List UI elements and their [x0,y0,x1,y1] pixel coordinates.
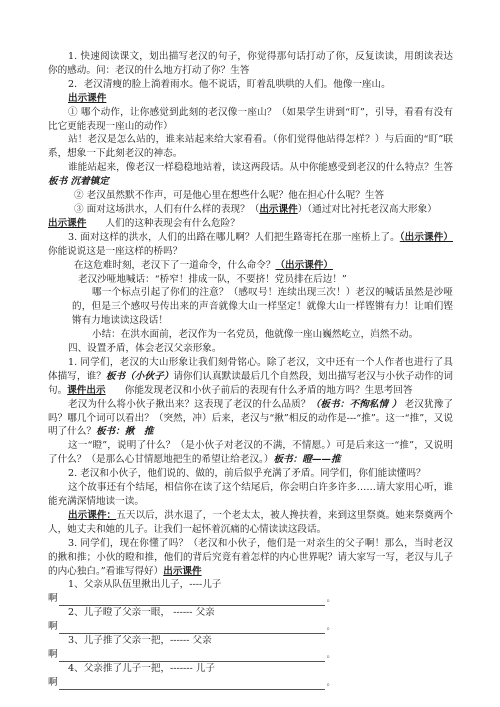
answer-line[interactable]: 啊。 [48,676,453,690]
period: 。 [327,648,335,662]
blackboard-note-impartial: （板书：不徇私情 ） [311,399,402,410]
text: 谁能站起来，像老汉一样稳稳地站着，读这两段话。从中你能感受到老汉的什么特点？生答 [68,162,453,173]
paragraph-step-2: 2．老汉清瘦的脸上淌着雨水。他不说话，盯着乱哄哄的人们。他像一座山。 [48,78,453,92]
courseware-label: 出示课件： [68,510,116,521]
answer-blank[interactable] [59,650,325,662]
courseware-label: 出示课件 [163,566,201,577]
paragraph-glare: 这一“瞪”，说明了什么？（是小伙子对老汉的不满，不情愿。）可是后来这一“推”，又… [48,439,453,467]
courseware-heading: 出示课件 [48,92,453,106]
paragraph-stand: 站！老汉是怎么站的，谁来站起来给大家看看。（你们觉得他站得怎样？）与后面的“盯”… [48,133,453,161]
blackboard-note-pull-push: 板书：揪 推 [96,426,154,437]
paragraph-exclamation: 哪一个标点引起了你们的注意？（感叹号！连续出现三次！）老汉的喊话虽然是沙哑的，但… [48,286,453,328]
text: 这一“瞪”，说明了什么？（是小伙子对老汉的不满，不情愿。）可是后来这一“推”，又… [48,440,453,465]
paragraph-command: 在这危难时刻，老汉下了一道命令，什么命令？（出示课件） [48,259,453,273]
lead-char: 啊 [48,648,58,662]
paragraph-step-1: 1. 快速阅读课文，划出描写老汉的句子，你觉得那句话打动了你，反复读读，用朗读表… [48,50,453,78]
question-3: ③ 面对这场洪水，人们有什么样的表现？（出示课件）（通过对比衬托老汉高大形象） [48,203,453,217]
lead-char: 啊 [48,676,58,690]
courseware-label: 出示课件 [48,218,86,229]
exercise-4: 4、父亲推了儿子一把，------- 儿子 啊。 [48,662,453,690]
paragraph-read-aloud: 谁能站起来，像老汉一样稳稳地站着，读这两段话。从中你能感受到老汉的什么特点？生答… [48,161,453,189]
blackboard-note-calm: 板书 沉着镇定 [48,176,109,187]
courseware-label: （出示课件） [400,232,453,243]
exercise-prompt: 2、儿子瞪了父亲一眼， ------ 父亲 [48,606,453,620]
paragraph-4-3: 3. 同学们，现在你懂了吗？（老汉和小伙子，他们是一对亲生的父子啊！那么，当时老… [48,537,453,579]
paragraph-4-2: 2. 老汉和小伙子，他们说的、做的，前后似乎充满了矛盾。同学们，你们能读懂吗？ [48,467,453,481]
courseware-label: 课件出示 [67,385,105,396]
text: ③ 面对这场洪水，人们有什么样的表现？（ [74,204,259,215]
exercise-2: 2、儿子瞪了父亲一眼， ------ 父亲 啊。 [48,606,453,634]
text: 3. 同学们，现在你懂了吗？（老汉和小伙子，他们是一对亲生的父子啊！那么，当时老… [48,538,453,577]
question-2: ② 老汉虽然默不作声，可是他心里在想些什么呢？他在担心什么呢？生答 [48,189,453,203]
paragraph-summary: 小结：在洪水面前，老汉作为一名党员，他就像一座山巍然屹立，岿然不动。 [48,328,453,342]
paragraph-shout: 老汉沙哑地喊话：“桥窄！排成一队，不要挤！党员排在后边！” [48,273,453,287]
question-1: ① 哪个动作，让你感觉到此刻的老汉像一座山？（如果学生讲到“盯”，引导，看看有没… [48,106,453,134]
text: 在这危难时刻，老汉下了一道命令，什么命令？ [74,260,275,271]
exercise-prompt: 4、父亲推了儿子一把，------- 儿子 [48,662,453,676]
period: 。 [327,620,335,634]
period: 。 [327,676,335,690]
paragraph-4-1: 1. 同学们，老汉的大山形象让我们刻骨铭心。除了老汉，文中还有一个人作者也进行了… [48,356,453,398]
exercise-1: 1、父亲从队伍里揪出儿子，----儿子 啊。 [48,578,453,606]
paragraph-courseware-ending: 出示课件：五天以后，洪水退了，一个老太太，被人搀扶着，来到这里祭奠。她来祭奠两个… [48,509,453,537]
courseware-label: （出示课件） [275,260,333,271]
text: 人们的这种表现会有什么危险？ [86,218,240,229]
paragraph-step-3: 3. 面对这样的洪水，人们的出路在哪儿啊？人们把生路寄托在那一座桥上了。（出示课… [48,231,453,259]
answer-blank[interactable] [59,622,325,634]
text: 3. 面对这样的洪水，人们的出路在哪儿啊？人们把生路寄托在那一座桥上了。 [68,232,400,243]
courseware-link: 出示课件 [259,204,297,215]
paragraph-ending: 这个故事还有个结尾，相信你在读了这个结尾后，你会明白许多许多……请大家用心听，谁… [48,481,453,509]
text: ）（通过对比衬托老汉高大形象） [298,204,437,215]
answer-line[interactable]: 啊。 [48,620,453,634]
section-heading-4: 四、设置矛盾，体会老汉父亲形象。 [48,342,453,356]
answer-line[interactable]: 啊。 [48,648,453,662]
exercise-prompt: 3、儿子推了父亲一把，------ 父亲 [48,634,453,648]
blackboard-note-glare-push: 板书：瞪——推 [273,454,340,465]
answer-blank[interactable] [59,678,325,690]
text: 你能说说这是一座这样的桥吗？ [48,246,182,257]
lead-char: 啊 [48,592,58,606]
paragraph-danger: 出示课件 人们的这种表现会有什么危险？ [48,217,453,231]
text: 你能发现老汉和小伙子前后的表现有什么矛盾的地方吗？生思考回答 [106,385,413,396]
blackboard-note-youth: 板书（小伙子） [106,371,174,382]
exercise-prompt: 1、父亲从队伍里揪出儿子，----儿子 [48,578,453,592]
period: 。 [327,592,335,606]
lead-char: 啊 [48,620,58,634]
paragraph-quality: 老汉为什么将小伙子揪出来？这表现了老汉的什么品质？（板书：不徇私情 ） 老汉犹豫… [48,398,453,440]
document-page: 1. 快速阅读课文，划出描写老汉的句子，你觉得那句话打动了你，反复读读，用朗读表… [48,50,453,690]
answer-blank[interactable] [59,594,325,606]
answer-line[interactable]: 啊。 [48,592,453,606]
exercise-3: 3、儿子推了父亲一把，------ 父亲 啊。 [48,634,453,662]
text: 老汉为什么将小伙子揪出来？这表现了老汉的什么品质？ [68,399,311,410]
